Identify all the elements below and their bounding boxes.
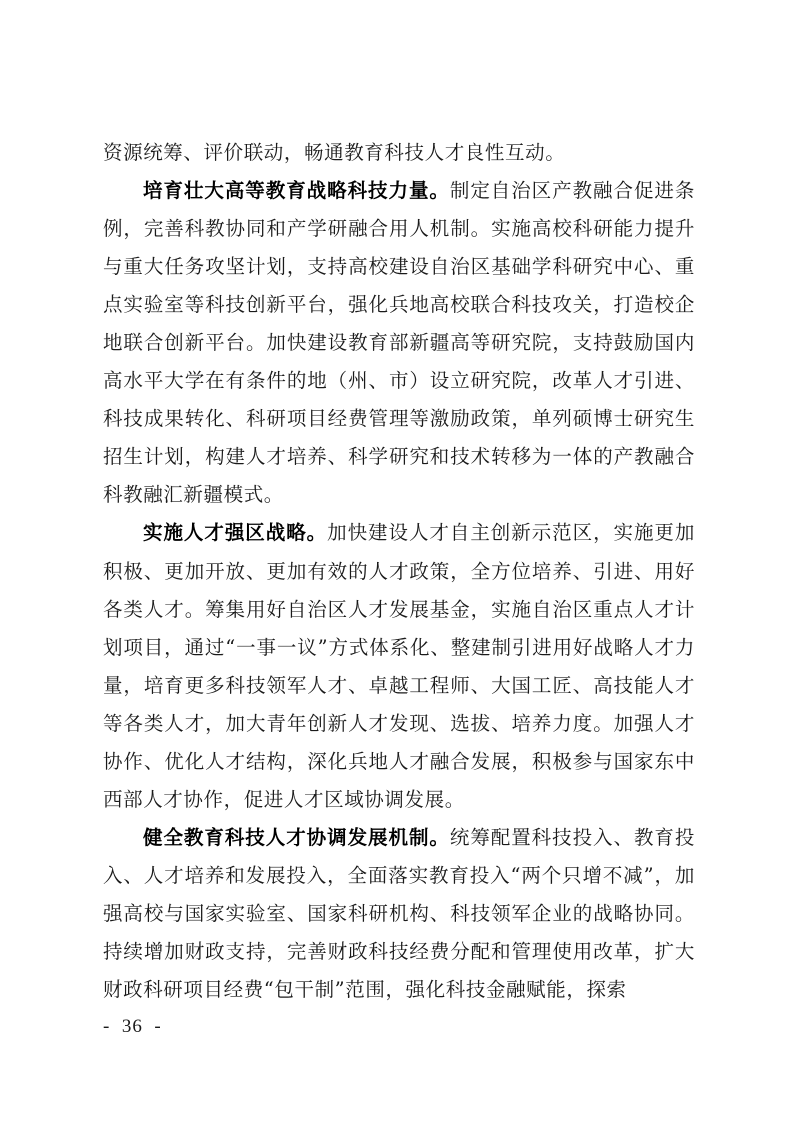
document-body: 资源统筹、评价联动，畅通教育科技人才良性互动。 培育壮大高等教育战略科技力量。制… [103,134,695,1009]
paragraph-talent-strategy: 实施人才强区战略。加快建设人才自主创新示范区，实施更加积极、更加开放、更加有效的… [103,514,695,818]
paragraph-continuation: 资源统筹、评价联动，畅通教育科技人才良性互动。 [103,134,695,172]
paragraph-coordination-mechanism: 健全教育科技人才协调发展机制。统筹配置科技投入、教育投入、人才培养和发展投入，全… [103,819,695,1009]
paragraph-text: 加快建设人才自主创新示范区，实施更加积极、更加开放、更加有效的人才政策，全方位培… [103,521,695,810]
paragraph-text: 制定自治区产教融合促进条例，完善科教协同和产学研融合用人机制。实施高校科研能力提… [103,179,695,506]
paragraph-heading: 实施人才强区战略。 [143,521,327,544]
paragraph-heading: 培育壮大高等教育战略科技力量。 [143,179,450,202]
paragraph-text: 统筹配置科技投入、教育投入、人才培养和发展投入，全面落实教育投入“两个只增不减”… [103,826,695,1001]
paragraph-higher-education-strength: 培育壮大高等教育战略科技力量。制定自治区产教融合促进条例，完善科教协同和产学研融… [103,172,695,514]
paragraph-text: 资源统筹、评价联动，畅通教育科技人才良性互动。 [103,141,565,164]
page-number: - 36 - [103,1016,162,1038]
paragraph-heading: 健全教育科技人才协调发展机制。 [143,826,450,849]
